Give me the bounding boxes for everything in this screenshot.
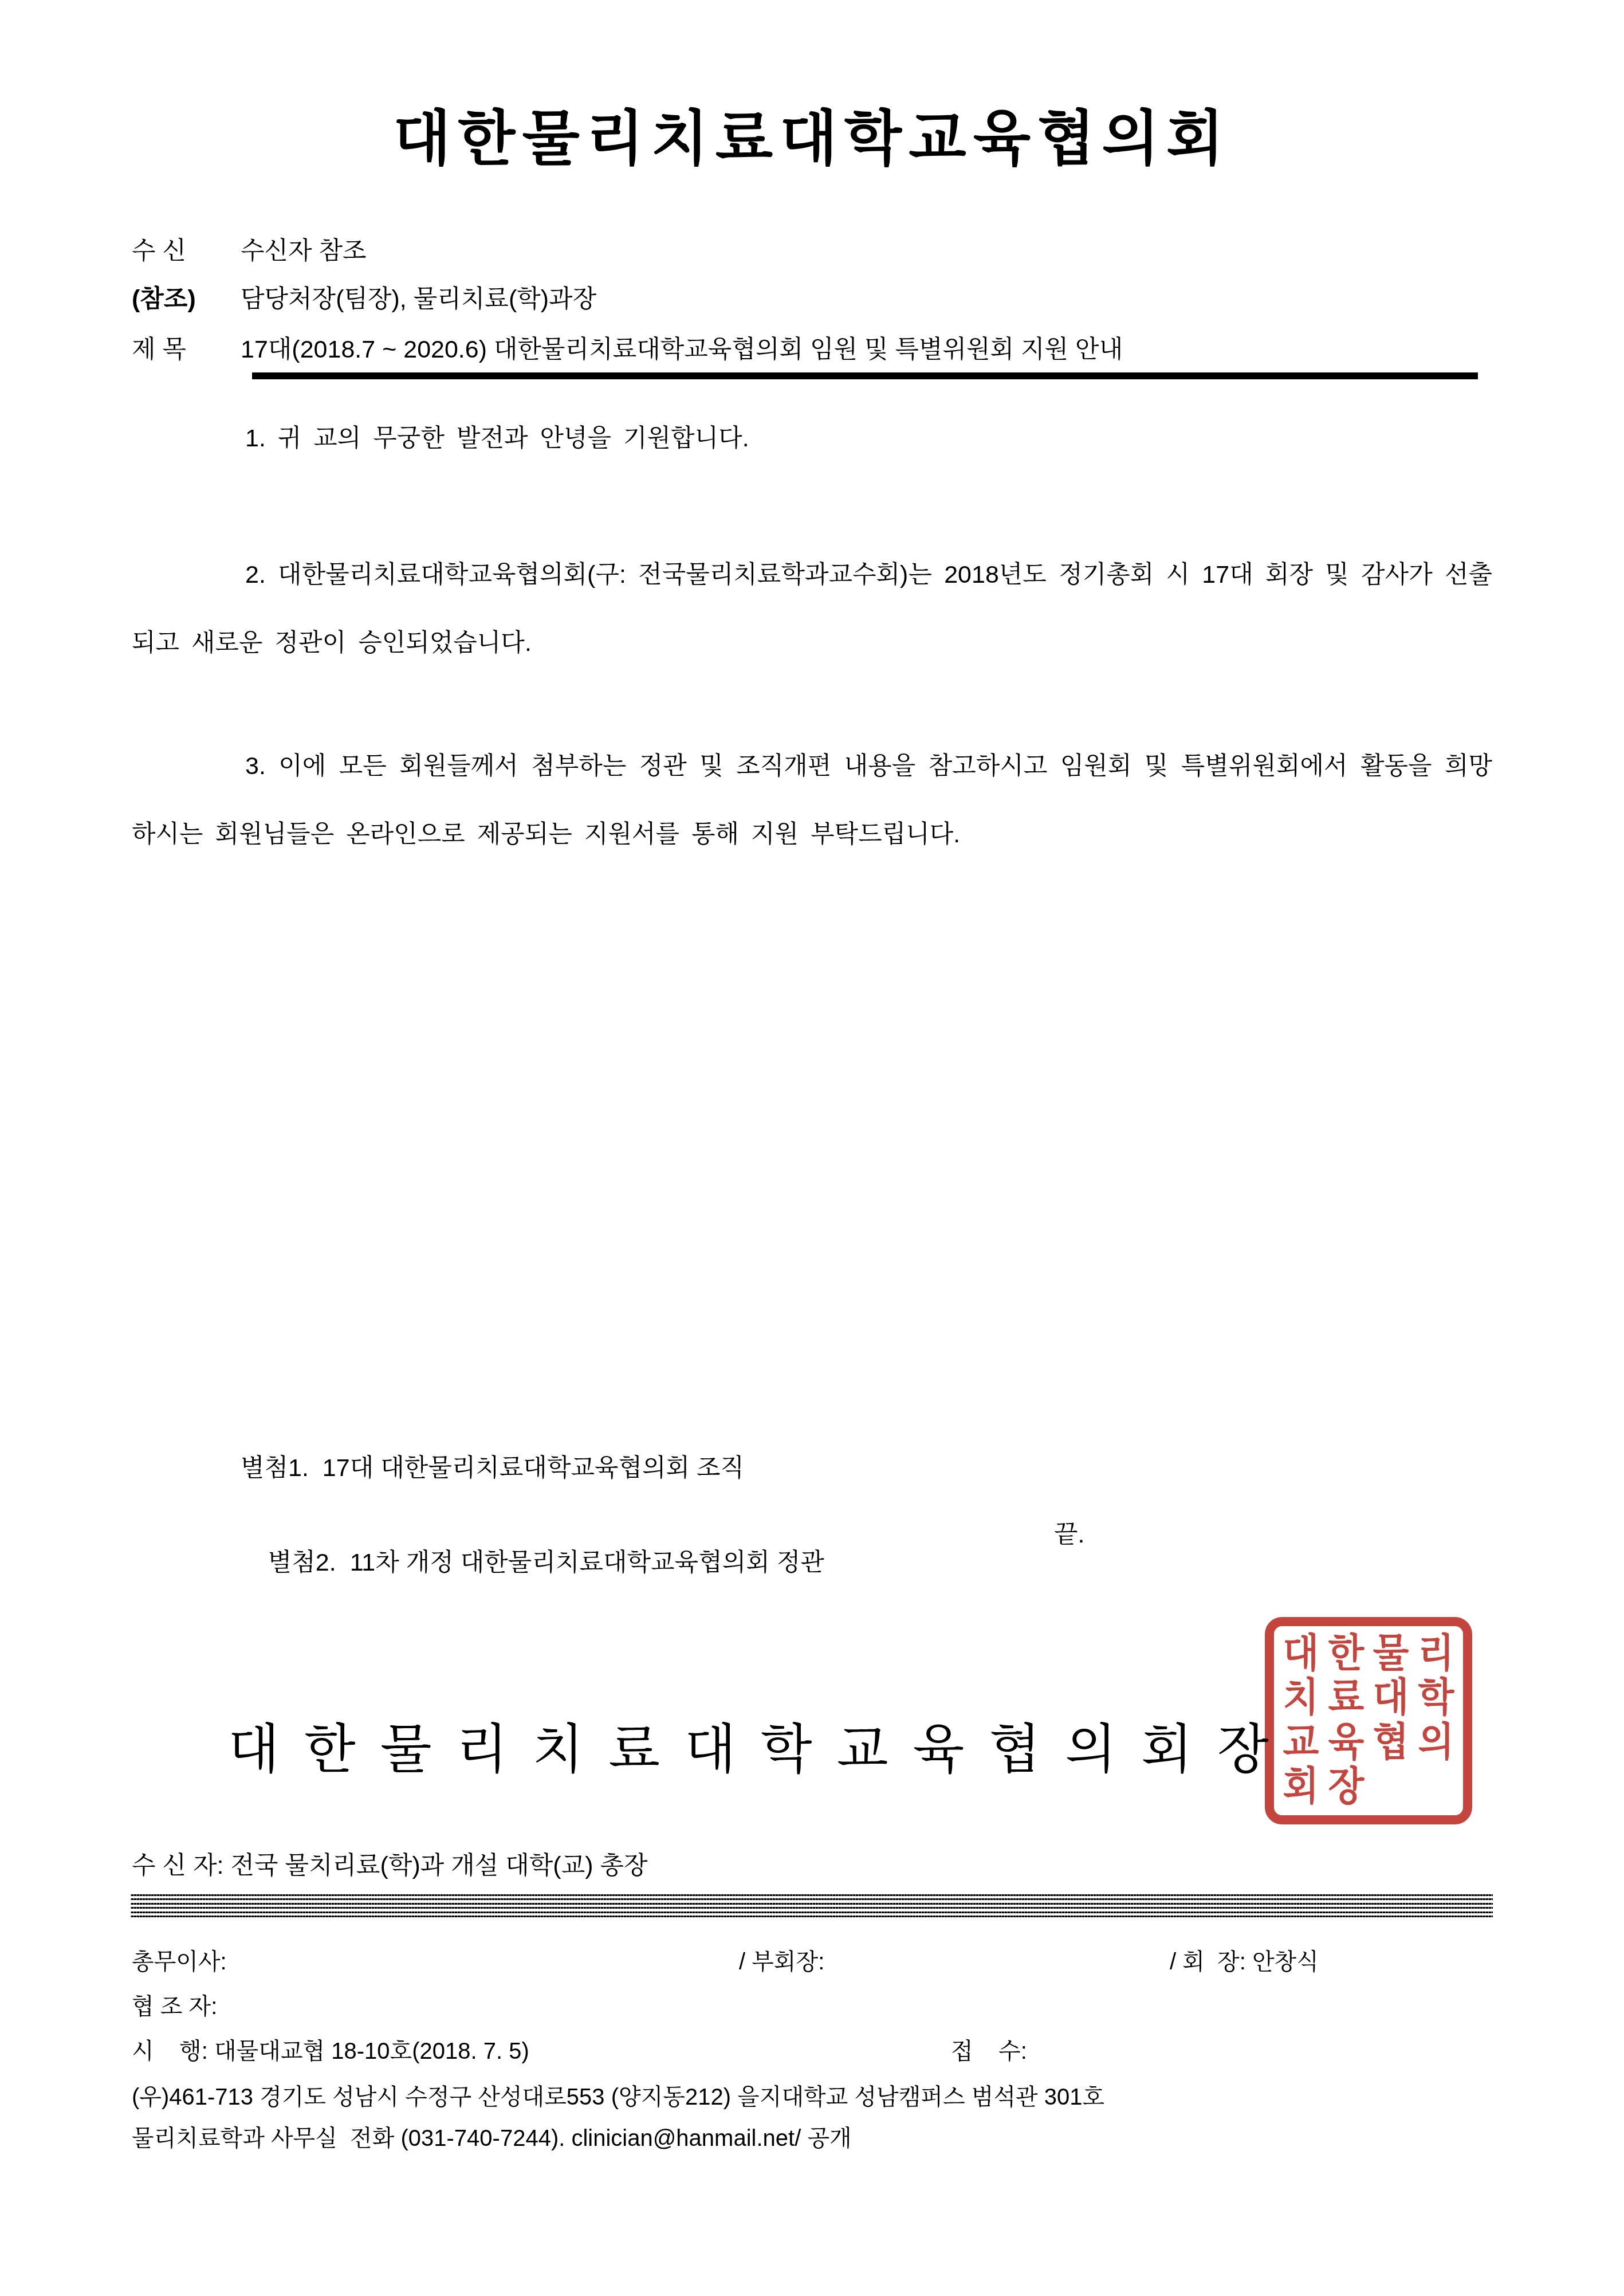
hatched-divider-bar xyxy=(131,1894,1493,1920)
seal-glyph: 대 xyxy=(1373,1679,1409,1718)
issuer-signature: 대한물리치료대학교육협의회장 xyxy=(228,1706,1293,1783)
attachment-1: 별첨1. 17대 대한물리치료대학교육협의회 조직 xyxy=(241,1449,1489,1483)
issuance-label: 시 행: 대물대교협 18-10호(2018. 7. 5) xyxy=(132,2033,529,2066)
cc-row: (참조) 담당처장(팀장), 물리치료(학)과장 xyxy=(132,280,1495,315)
cc-value: 담당처장(팀장), 물리치료(학)과장 xyxy=(241,280,596,315)
organization-title: 대한물리치료대학교육협의회 xyxy=(0,91,1624,176)
recipient-row: 수 신 수신자 참조 xyxy=(132,231,1495,266)
president-label: / 회 장: 안창식 xyxy=(1170,1944,1319,1976)
seal-glyph: 리 xyxy=(1418,1634,1454,1674)
seal-glyph: 회 xyxy=(1283,1768,1319,1807)
office-contact-row: 물리치료학과 사무실 전화 (031-740-7244). clinician@… xyxy=(132,2120,1495,2153)
body-paragraph-1: 1. 귀 교의 무궁한 발전과 안녕을 기원합니다. xyxy=(132,405,1492,473)
subject-label: 제 목 xyxy=(132,330,241,365)
subject-row: 제 목 17대(2018.7 ~ 2020.6) 대한물리치료대학교육협의회 임… xyxy=(132,330,1495,365)
official-document-page: 대한물리치료대학교육협의회 수 신 수신자 참조 (참조) 담당처장(팀장), … xyxy=(0,0,1624,2296)
seal-glyph: 한 xyxy=(1328,1634,1364,1674)
seal-glyph: 치 xyxy=(1283,1679,1319,1718)
recipient-label: 수 신 xyxy=(132,231,241,266)
seal-glyph: 물 xyxy=(1373,1634,1409,1674)
end-mark: 끝. xyxy=(1054,1515,1085,1550)
receipt-label: 접 수: xyxy=(951,2033,1027,2066)
official-seal-stamp: 대한물리치료대학교육협의회장 xyxy=(1265,1617,1472,1824)
address-row: (우)461-713 경기도 성남시 수정구 산성대로553 (양지동212) … xyxy=(132,2079,1495,2111)
seal-glyph: 료 xyxy=(1328,1679,1364,1718)
seal-glyph: 의 xyxy=(1418,1723,1454,1763)
seal-glyph: 협 xyxy=(1373,1723,1409,1763)
attachment-2-text: 별첨2. 11차 개정 대한물리치료대학교육협의회 정관 xyxy=(268,1549,824,1576)
vice-president-label: / 부회장: xyxy=(739,1944,824,1976)
seal-glyph: 학 xyxy=(1418,1679,1454,1718)
attachment-2: 별첨2. 11차 개정 대한물리치료대학교육협의회 정관 끝. xyxy=(241,1515,1489,1634)
subject-value: 17대(2018.7 ~ 2020.6) 대한물리치료대학교육협의회 임원 및 … xyxy=(241,330,1123,365)
seal-glyph: 육 xyxy=(1328,1723,1364,1763)
body-paragraph-3: 3. 이에 모든 회원들께서 첨부하는 정관 및 조직개편 내용을 참고하시고 … xyxy=(132,732,1492,869)
secretary-label: 총무이사: xyxy=(132,1944,227,1976)
cooperator-row: 협 조 자: xyxy=(132,1988,1495,2021)
final-recipients-line: 수 신 자: 전국 물치리료(학)과 개설 대학(교) 총장 xyxy=(132,1846,648,1881)
recipient-value: 수신자 참조 xyxy=(241,231,367,266)
cc-label: (참조) xyxy=(132,280,241,315)
seal-glyph: 교 xyxy=(1283,1723,1319,1763)
seal-glyph: 대 xyxy=(1283,1634,1319,1674)
subject-underline xyxy=(252,372,1478,379)
seal-glyph: 장 xyxy=(1328,1768,1364,1807)
body-paragraph-2: 2. 대한물리치료대학교육협의회(구: 전국물리치료학과교수회)는 2018년도… xyxy=(132,541,1492,677)
